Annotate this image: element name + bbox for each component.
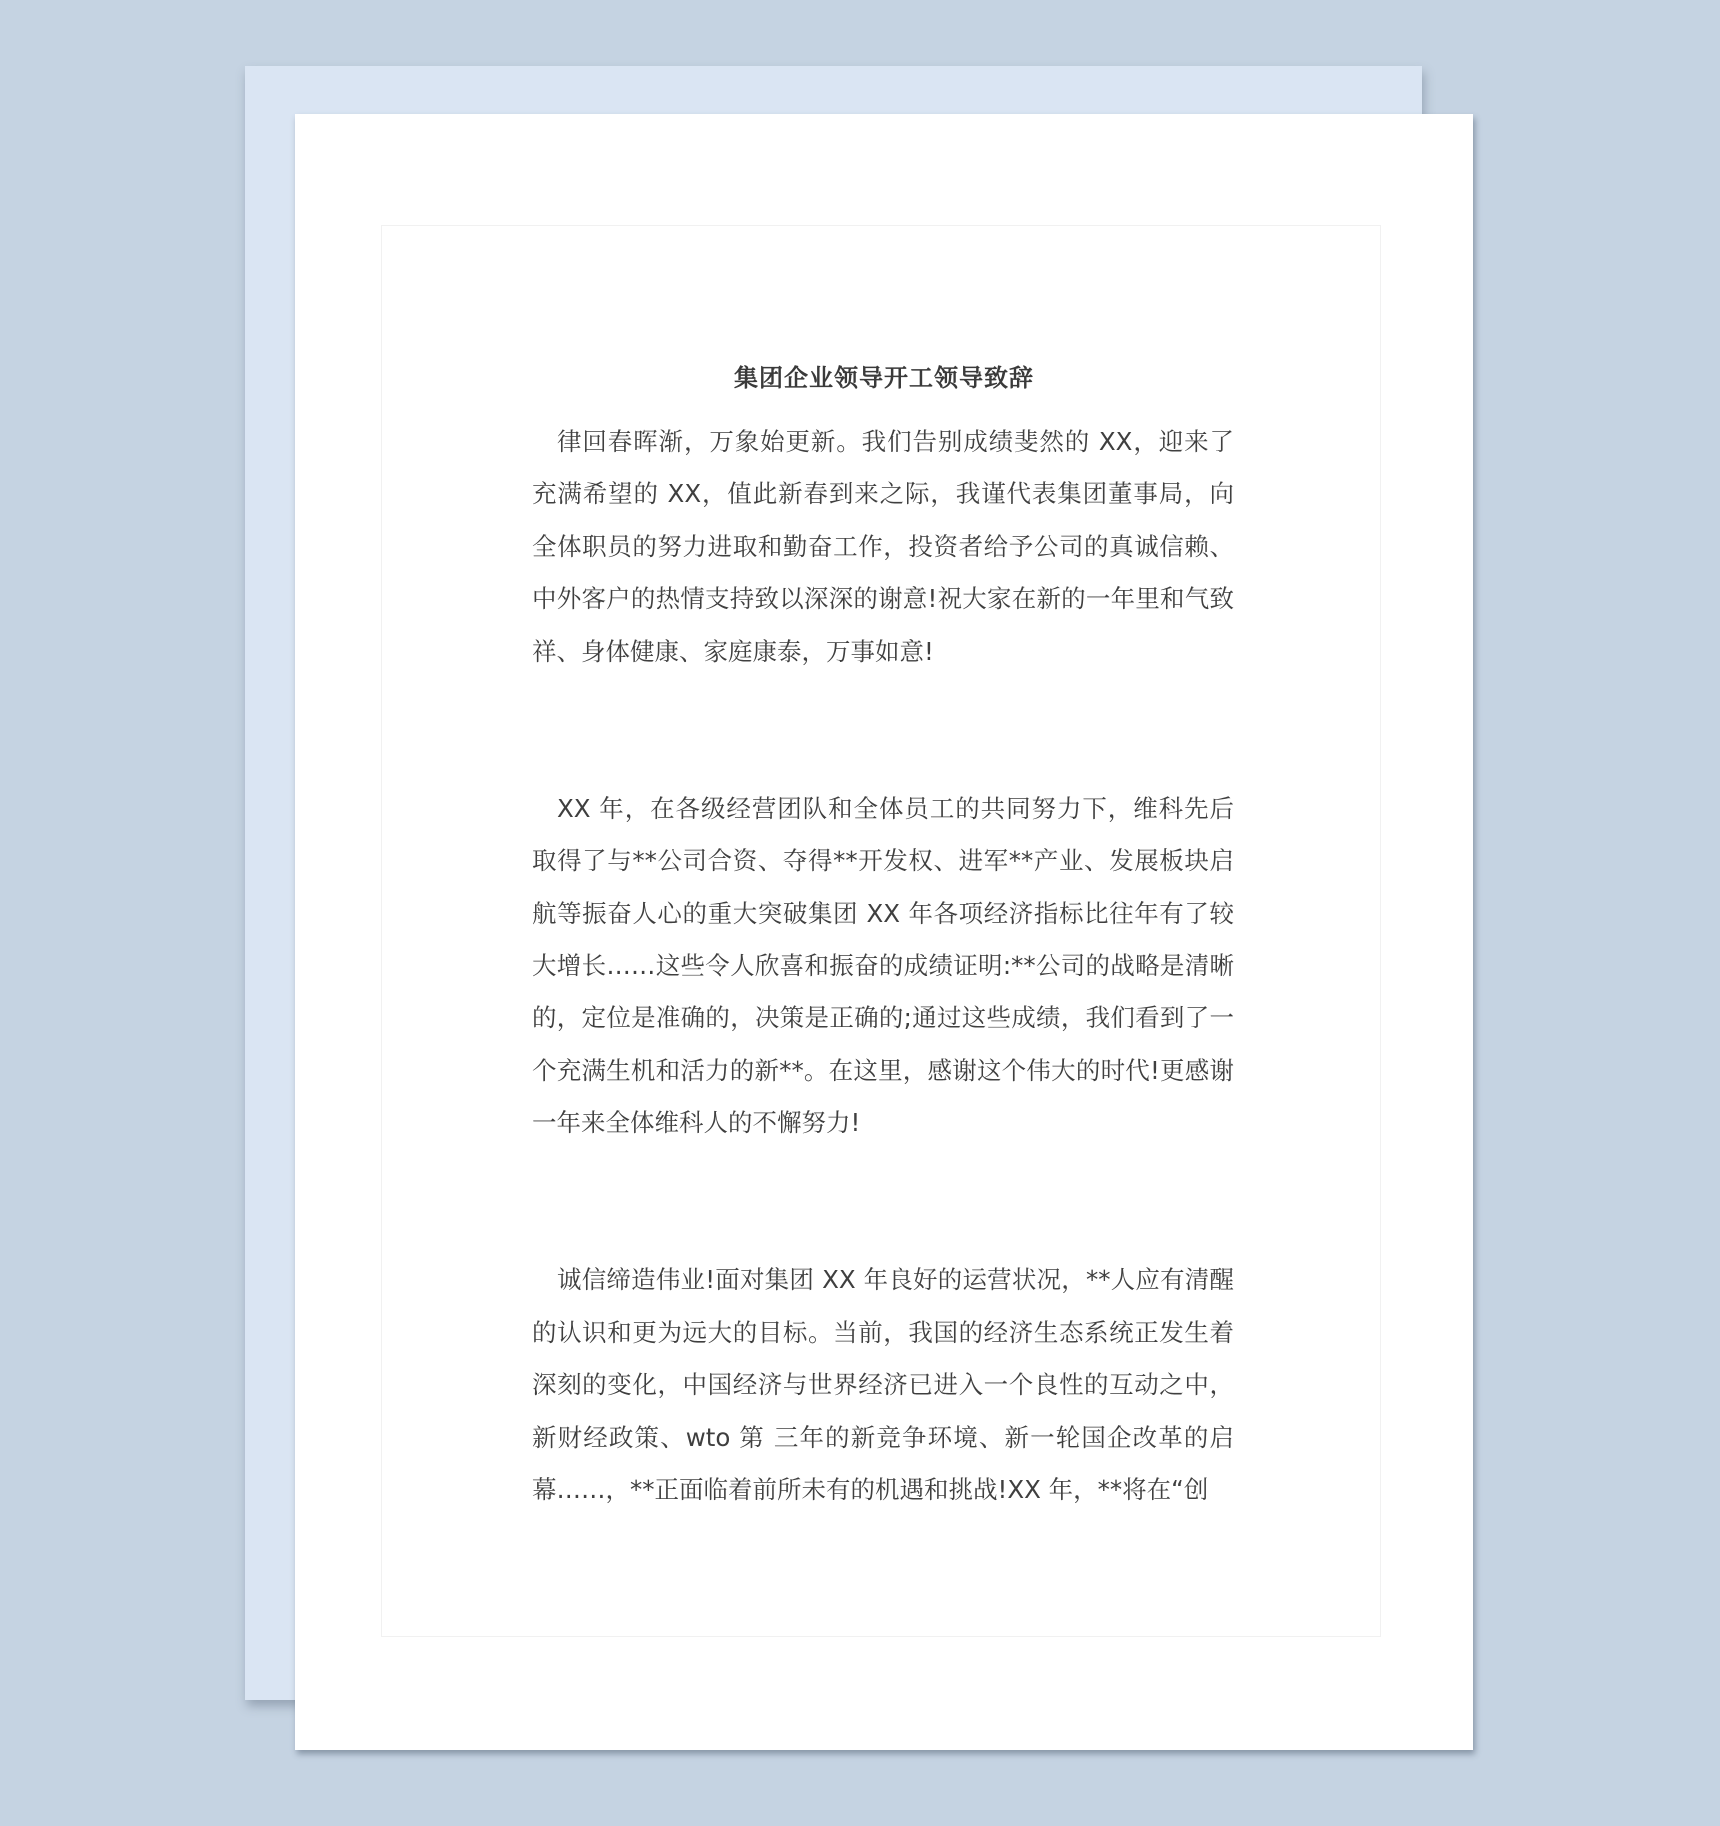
paragraph-3: 诚信缔造伟业!面对集团 XX 年良好的运营状况，**人应有清醒的认识和更为远大的… [532, 1254, 1234, 1516]
front-page-sheet: 集团企业领导开工领导致辞 律回春晖渐，万象始更新。我们告别成绩斐然的 XX，迎来… [295, 114, 1473, 1750]
paragraph-1: 律回春晖渐，万象始更新。我们告别成绩斐然的 XX，迎来了充满希望的 XX，值此新… [532, 416, 1234, 678]
document-title: 集团企业领导开工领导致辞 [295, 358, 1473, 393]
document-body: 律回春晖渐，万象始更新。我们告别成绩斐然的 XX，迎来了充满希望的 XX，值此新… [532, 416, 1234, 1517]
paragraph-2: XX 年，在各级经营团队和全体员工的共同努力下，维科先后取得了与**公司合资、夺… [532, 783, 1234, 1150]
